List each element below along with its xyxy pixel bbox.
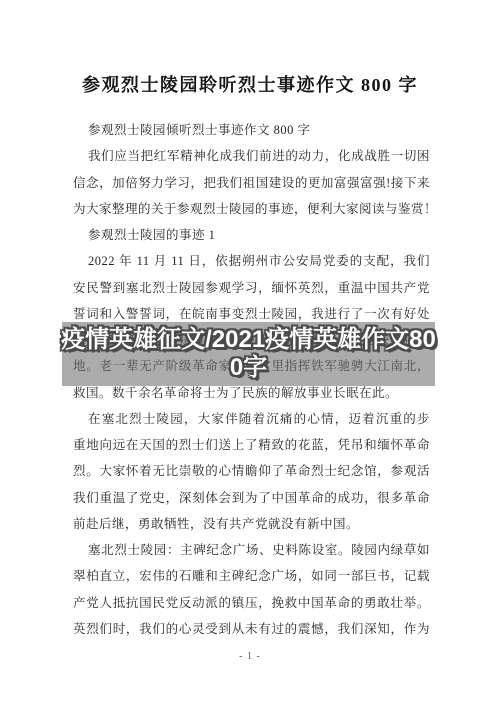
- overlay-banner[interactable]: 疫情英雄征文/2021疫情英雄作文800字: [62, 322, 435, 386]
- document-title: 参观烈士陵园聆听烈士事迹作文 800 字: [0, 71, 500, 97]
- document-line: 重地向远在天国的烈士们送上了精致的花蓝，凭吊和缅怀革命先: [73, 432, 430, 458]
- document-line: 翠柏直立，宏伟的石雕和主碑纪念广场，如同一部巨书，记载着共: [73, 563, 430, 589]
- document-line: 前赴后继，勇敢牺牲，没有共产党就没有新中国。: [73, 511, 430, 537]
- overlay-banner-line: 0字: [230, 354, 267, 383]
- document-line: 参观烈士陵园倾听烈士事迹作文 800 字: [73, 117, 430, 143]
- document-page: 参观烈士陵园聆听烈士事迹作文 800 字 参观烈士陵园倾听烈士事迹作文 800 …: [0, 0, 500, 706]
- document-line: 2022 年 11 月 11 日，依据朔州市公安局党委的支配，我们全体公: [73, 248, 430, 274]
- document-line: 为大家整理的关于参观烈士陵园的事迹，便利大家阅读与鉴赏！: [73, 196, 430, 222]
- overlay-banner-text: 疫情英雄征文/2021疫情英雄作文800字: [62, 322, 435, 386]
- document-line: 我们应当把红军精神化成我们前进的动力，化成战胜一切困难的: [73, 143, 430, 169]
- document-line: 信念，加倍努力学习，把我们祖国建设的更加富强富强!接下来是我: [73, 170, 430, 196]
- document-line: 产党人抵抗国民党反动派的镇压，挽救中国革命的勇敢壮举。缅怀: [73, 590, 430, 616]
- document-line: 在塞北烈士陵园，大家伴随着沉痛的心情，迈着沉重的步伐，庄: [73, 406, 430, 432]
- document-line: 参观烈士陵园的事迹 1: [73, 222, 430, 248]
- overlay-banner-line: 疫情英雄征文/2021疫情英雄作文80: [61, 326, 436, 355]
- document-line: 烈。大家怀着无比崇敬的心情瞻仰了革命烈士纪念馆，参观活动让: [73, 458, 430, 484]
- page-number: - 1 -: [0, 651, 500, 662]
- document-line: 塞北烈士陵园：主碑纪念广场、史料陈设室。陵园内绿草如茵，: [73, 537, 430, 563]
- document-line: 英烈们时，我们的心灵受到从未有过的震憾，我们深知，作为年轻: [73, 616, 430, 642]
- document-line: 安民警到塞北烈士陵园参观学习，缅怀英烈，重温中国共产党入党: [73, 275, 430, 301]
- document-line: 我们重温了党史，深刻体会到为了中国革命的成功，很多革命先烈: [73, 485, 430, 511]
